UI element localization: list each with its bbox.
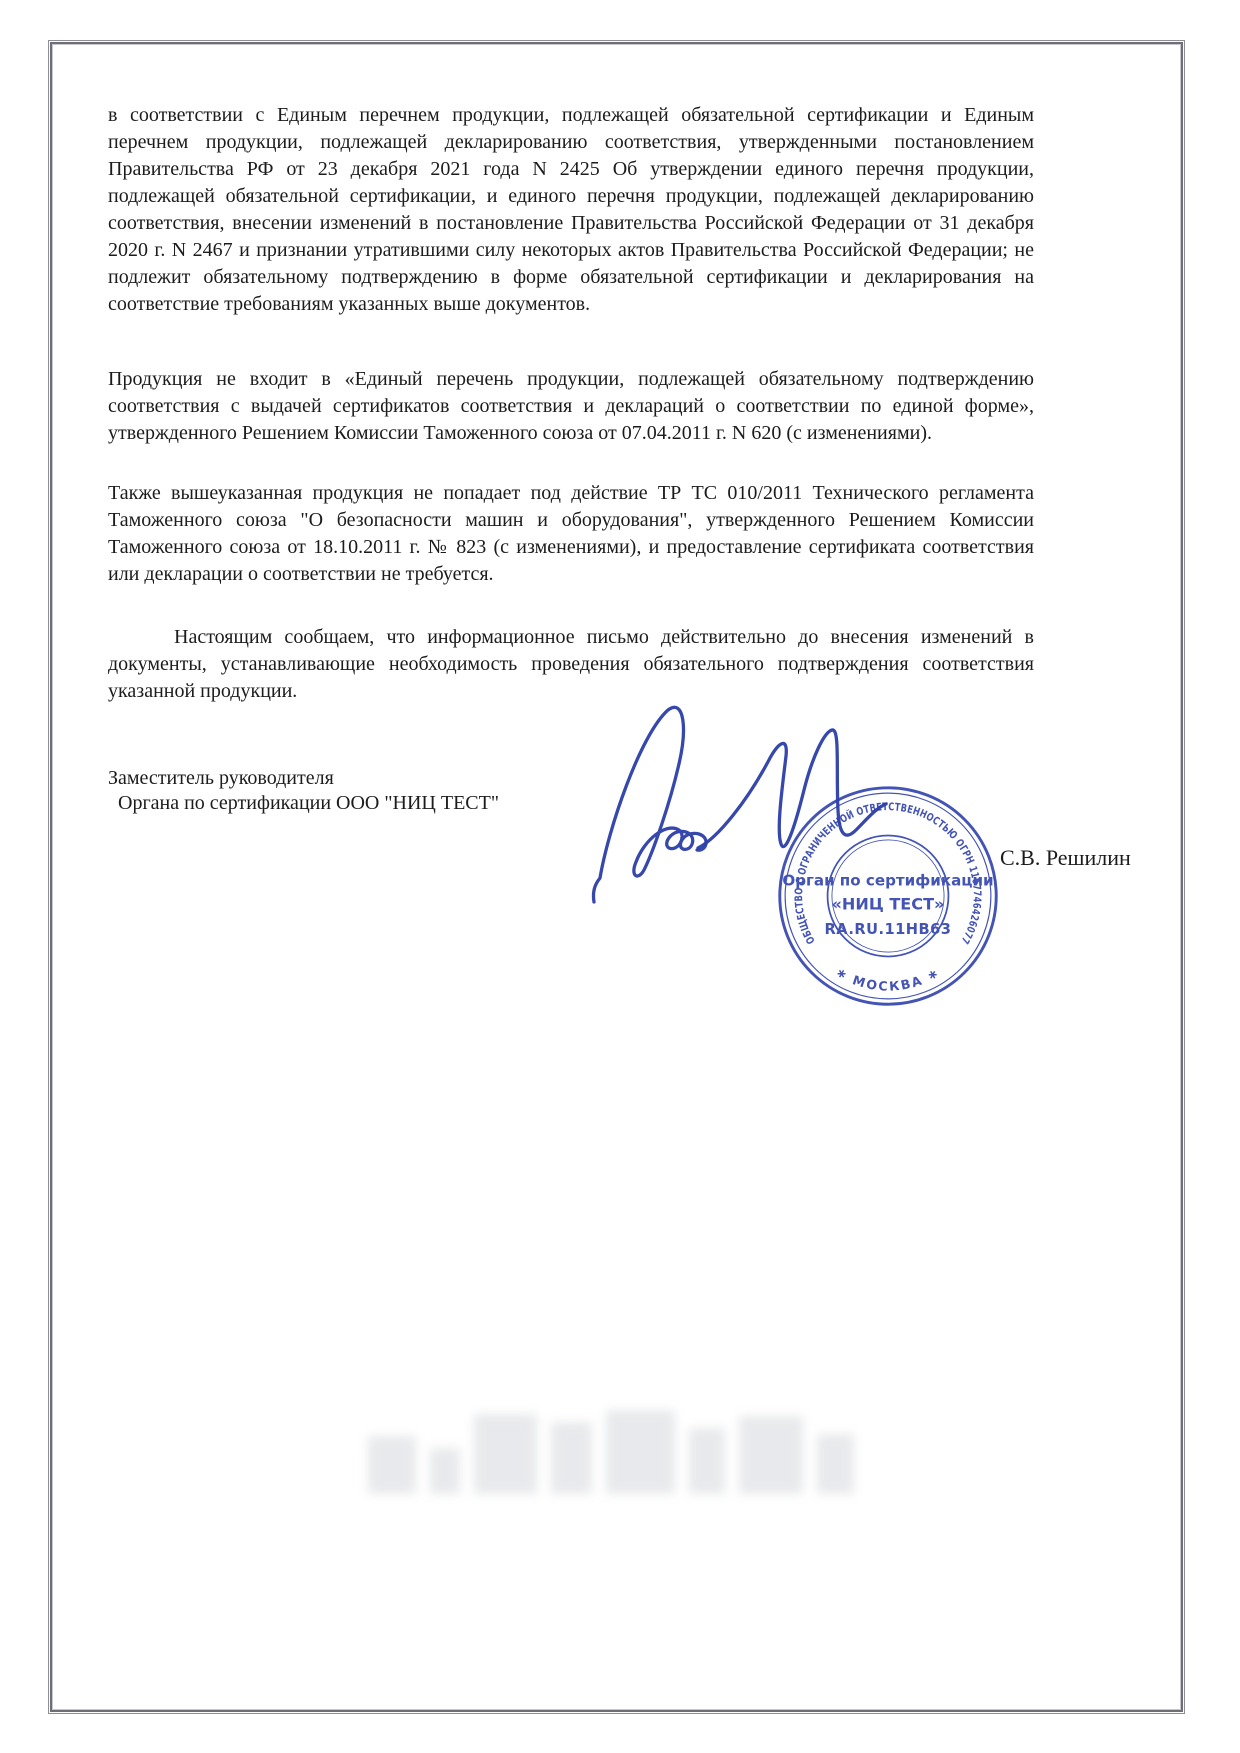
signature-stroke-2 bbox=[698, 730, 886, 848]
signer-name: С.В. Решилин bbox=[1000, 845, 1131, 871]
svg-text:∗ МОСКВА ∗: ∗ МОСКВА ∗ bbox=[833, 964, 942, 994]
stamp-center-line-3: RA.RU.11НВ63 bbox=[825, 921, 952, 938]
paragraph-certification-lists: в соответствии с Единым перечнем продукц… bbox=[108, 102, 1034, 318]
signature-stroke-1 bbox=[593, 707, 706, 902]
paragraph-tr-ts-exclusion: Также вышеуказанная продукция не попадае… bbox=[108, 480, 1034, 588]
paragraph-unified-list-exclusion: Продукция не входит в «Единый перечень п… bbox=[108, 366, 1034, 447]
stamp-city-text: ∗ МОСКВА ∗ bbox=[833, 964, 942, 994]
scanned-letter-page: в соответствии с Единым перечнем продукц… bbox=[0, 0, 1240, 1753]
scan-bleedthrough-artifact bbox=[368, 1392, 854, 1494]
handwritten-signature bbox=[580, 680, 940, 920]
